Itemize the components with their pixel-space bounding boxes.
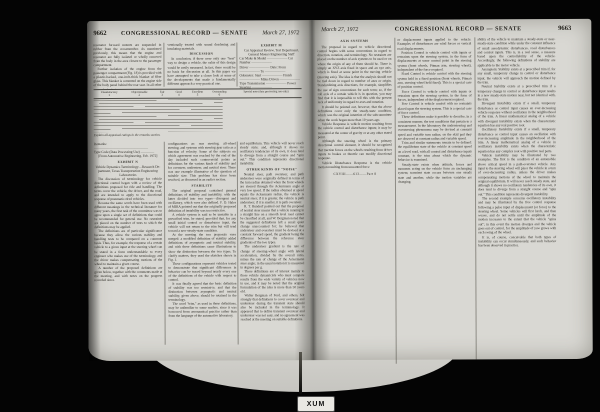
right-column-2-control-definitions: or displacement inputs applied to the ve…	[397, 37, 473, 381]
rating-scale-value: 5	[187, 94, 208, 98]
paragraph: A vehicle system is said to be unstable …	[168, 213, 236, 234]
microfilm-frame: 9662 CONGRESSIONAL RECORD — SENATE March…	[0, 0, 600, 412]
microfilm-label: XUM	[307, 401, 326, 408]
paragraph-continuation: resonator forward mounts are suspended i…	[93, 43, 161, 68]
left-top-column-2: ventionally treated with sound deadening…	[167, 42, 235, 88]
left-bottom-column-1-exhibit-n: Remarks: ————————————————Type Code (Data…	[94, 142, 163, 347]
column-rule	[237, 141, 239, 344]
appraisal-rating-table: Unsatisfactory Objectionable Fair Good E…	[94, 88, 302, 137]
rating-header: Special note (data processing use only)	[231, 90, 302, 94]
section-heading: Discussion	[167, 52, 235, 56]
paragraph: Vehicle Response is vehicle motion resul…	[318, 122, 392, 140]
column-footer: CXVIII——613——Part 8	[318, 172, 392, 177]
paragraph-continuation: ability of the vehicle to maintain a ste…	[477, 37, 555, 67]
left-page-title: CONGRESSIONAL RECORD — SENATE	[121, 30, 248, 37]
rating-scale-value: 3	[154, 94, 171, 98]
section-heading: Exhibit N	[94, 159, 162, 163]
paragraph: In conclusion, if there were only one "b…	[167, 57, 235, 86]
left-page-header: 9662 CONGRESSIONAL RECORD — SENATE March…	[89, 29, 303, 37]
column-rule	[394, 38, 396, 364]
paragraph: A number of the proposed definitions are…	[94, 265, 162, 281]
paragraph: Force Control is vehicle control with in…	[398, 89, 472, 102]
paragraph: Divergent Instability exists if a small,…	[478, 102, 556, 128]
paragraph: It is, of course, conceivable that both …	[478, 235, 556, 248]
paragraph: Trim and similar statements remain to be…	[398, 141, 472, 163]
column-rule	[474, 37, 476, 359]
column-rule	[236, 42, 237, 86]
right-page-number: 9663	[558, 25, 571, 32]
paragraph: Although the steering wheel is the prima…	[318, 139, 392, 161]
right-column-3-stability-definitions: ability of the vehicle to maintain a ste…	[477, 37, 556, 369]
paragraph: Asymptotic Stability exists at a prescri…	[477, 67, 555, 85]
paragraph: Steady-state exists when attitude, force…	[398, 162, 472, 184]
rating-scale-value: 1	[94, 94, 125, 98]
paragraph: At the meeting the two proposals were me…	[168, 233, 236, 262]
paragraph: Oscillatory Instability exists if a smal…	[478, 127, 556, 153]
right-page-header: March 27, 1972 CONGRESSIONAL RECORD — SE…	[317, 25, 575, 33]
paragraph-continuation: configurations as: rear steering, all-wh…	[168, 141, 236, 182]
right-page: March 27, 1972 CONGRESSIONAL RECORD — SE…	[317, 19, 586, 360]
paragraph: It should be pointed out, however, that …	[318, 105, 392, 123]
paragraph: Position Control is vehicle control with…	[397, 50, 471, 72]
paragraph: These definitions make it possible to de…	[398, 115, 472, 141]
microfilm-label-box: XUM	[297, 396, 335, 412]
right-column-1-axis-systems: Axis SystemsThe proposal in regard to ve…	[317, 38, 393, 386]
paragraph: It was finally agreed that the basic def…	[168, 281, 236, 302]
left-top-column-1: resonator forward mounts are suspended i…	[93, 43, 161, 89]
paragraph: Further isolation of the engine from the…	[93, 67, 161, 89]
blank-entry-lines	[94, 99, 223, 132]
section-heading: Axis Systems	[317, 39, 391, 44]
paragraph: The proposal in regard to vehicle direct…	[317, 44, 391, 104]
book-spread: 9662 CONGRESSIONAL RECORD — SENATE March…	[87, 19, 592, 361]
paragraph-continuation: ventionally treated with sound deadening…	[167, 42, 235, 50]
paragraph: The definitions are of particular signif…	[94, 229, 162, 266]
binding-crease	[299, 352, 302, 394]
form-line: Remarks: ————————————————	[94, 142, 162, 150]
rating-scale-value: 2	[125, 94, 154, 98]
section-heading: Stability	[168, 183, 236, 187]
column-rule	[163, 43, 164, 87]
paragraph: The original proposal contained general …	[168, 188, 236, 213]
table-caption: Explain all appraisal ratings in the rem…	[94, 132, 302, 137]
paragraph: Free Control is vehicle control with no …	[398, 102, 472, 115]
rating-scale-value: 6	[208, 93, 231, 97]
rating-scale-value: 4	[171, 94, 188, 98]
paragraph: Vehicle Disturbance Response is the vehi…	[318, 160, 392, 169]
paragraph-continuation: or displacement inputs applied to the ve…	[397, 37, 471, 50]
paragraph: The second example concerns oscillatory …	[478, 196, 556, 235]
paragraph: Neutral Stability exists at a prescribed…	[478, 84, 556, 102]
left-page: 9662 CONGRESSIONAL RECORD — SENATE March…	[89, 20, 304, 361]
column-rule	[164, 142, 166, 345]
right-page-date: March 27, 1972	[321, 27, 358, 33]
paragraph: The discussion of terminology for vehicl…	[94, 176, 162, 201]
left-bottom-column-2-stability: configurations as: rear steering, all-wh…	[168, 141, 237, 346]
paragraph: These configurations represent vehicles …	[168, 261, 236, 282]
left-page-number: 9662	[93, 30, 106, 37]
paragraph: Because the same words have been used wi…	[94, 201, 162, 230]
paragraph: Vehicle instability may be illustrated b…	[478, 153, 556, 196]
right-page-title: CONGRESSIONAL RECORD — SENATE	[395, 26, 522, 33]
paragraph: The word "trim," as used in these defini…	[168, 302, 236, 318]
centered-line: [From Automotive Engineering, Feb. 1972]	[94, 154, 162, 158]
paragraph: Fixed Control is vehicle control with th…	[397, 72, 471, 90]
